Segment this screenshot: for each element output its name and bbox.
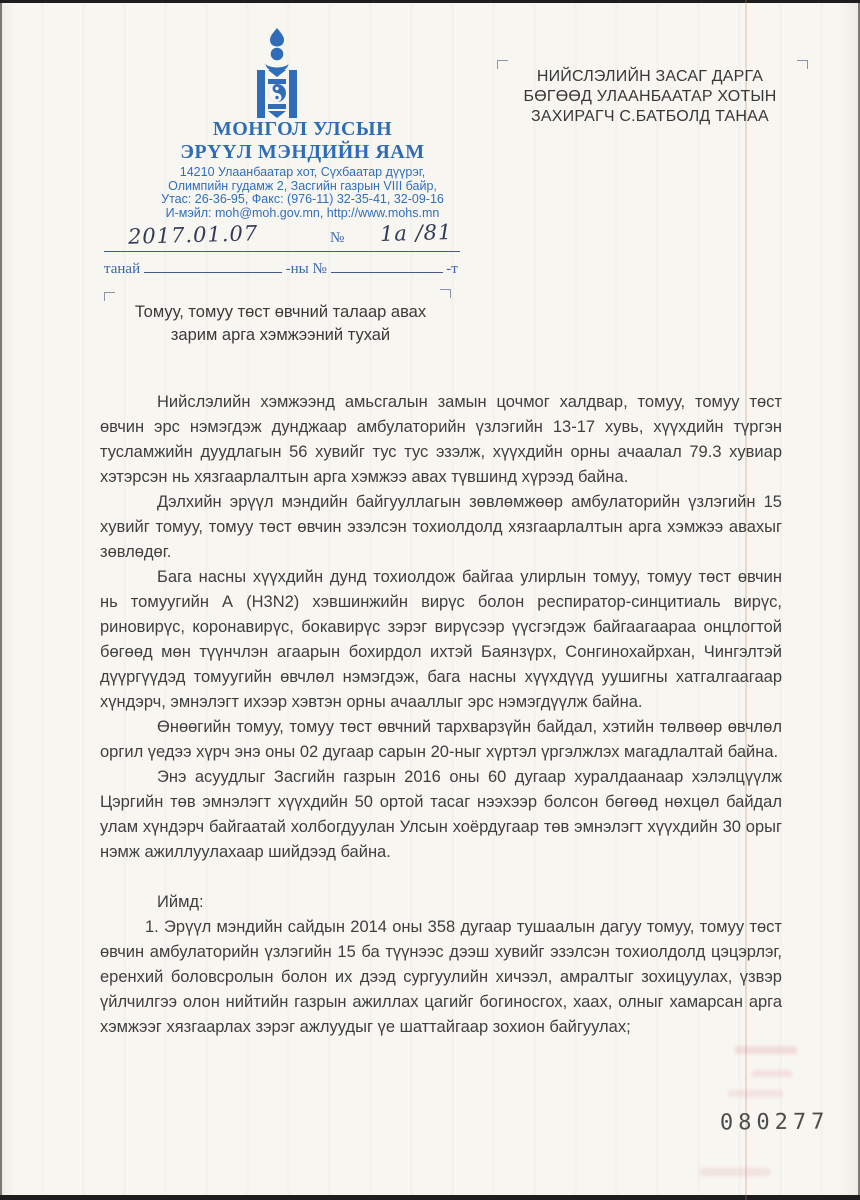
corner-bracket-icon: [104, 292, 115, 301]
scan-smudge: [735, 1046, 797, 1054]
letter-body: Нийслэлийн хэмжээнд амьсгалын замын цочм…: [100, 390, 782, 1040]
paragraph-therefore: Иймд:: [100, 890, 782, 915]
recipient-line1: НИЙСЛЭЛИЙН ЗАСАГ ДАРГА: [494, 67, 806, 87]
paragraph: Бага насны хүүхдийн дунд тохиолдож байга…: [100, 565, 782, 715]
number-symbol: №: [330, 230, 344, 247]
org-address-line4: И-мэйл: moh@moh.gov.mn, http://www.mohs.…: [95, 207, 510, 221]
handwritten-date: 2017.01.07: [128, 221, 259, 248]
paragraph: Өнөөгийн томуу, томуу төст өвчний тархва…: [100, 715, 782, 765]
scanned-letter-page: МОНГОЛ УЛСЫН ЭРҮҮЛ МЭНДИЙН ЯАМ 14210 Ула…: [0, 0, 860, 1200]
scan-edge-bottom: [0, 1195, 860, 1200]
org-address-line1: 14210 Улаанбаатар хот, Сүхбаатар дүүрэг,: [95, 166, 510, 180]
your-ref-tail: -т: [446, 261, 458, 277]
org-name: МОНГОЛ УЛСЫН ЭРҮҮЛ МЭНДИЙН ЯАМ: [120, 118, 485, 164]
scan-edge-left: [0, 0, 2, 1200]
soyombo-emblem-icon: [253, 28, 301, 120]
your-reference-row: танай -ны № -т: [104, 258, 460, 278]
scan-smudge: [700, 1168, 770, 1176]
recipient-line2: БӨГӨӨД УЛААНБААТАР ХОТЫН: [494, 87, 806, 107]
org-name-line1: МОНГОЛ УЛСЫН: [120, 118, 485, 141]
recipient-block: НИЙСЛЭЛИЙН ЗАСАГ ДАРГА БӨГӨӨД УЛААНБААТА…: [494, 67, 806, 127]
your-ref-blank-1: [144, 258, 282, 273]
subject-line1: Томуу, томуу төст өвчний талаар авах: [108, 301, 453, 324]
paragraph: Нийслэлийн хэмжээнд амьсгалын замын цочм…: [100, 390, 782, 490]
paragraph: Дэлхийн эрүүл мэндийн байгууллагын зөвлө…: [100, 490, 782, 565]
your-ref-blank-2: [331, 258, 443, 273]
reference-date-row: 2017.01.07 № 1а /81: [104, 221, 460, 252]
reference-block: 2017.01.07 № 1а /81 танай -ны № -т: [104, 221, 460, 278]
your-ref-mid: -ны №: [286, 261, 327, 277]
your-ref-label: танай: [104, 261, 140, 277]
paragraph: Энэ асуудлыг Засгийн газрын 2016 оны 60 …: [100, 765, 782, 865]
handwritten-ref-number: 1а /81: [380, 220, 453, 246]
org-address: 14210 Улаанбаатар хот, Сүхбаатар дүүрэг,…: [95, 166, 510, 220]
paragraph-item-1: 1. Эрүүл мэндийн сайдын 2014 оны 358 дуг…: [100, 915, 782, 1040]
org-address-line3: Утас: 26-36-95, Факс: (976-11) 32-35-41,…: [95, 193, 510, 207]
scan-smudge: [728, 1090, 783, 1097]
subject-line2: зарим арга хэмжээний тухай: [108, 324, 453, 347]
scan-smudge: [752, 1070, 792, 1077]
scan-edge-top: [0, 0, 860, 3]
recipient-line3: ЗАХИРАГЧ С.БАТБОЛД ТАНАА: [494, 107, 806, 127]
org-name-line2: ЭРҮҮЛ МЭНДИЙН ЯАМ: [120, 141, 485, 164]
subject-block: Томуу, томуу төст өвчний талаар авах зар…: [108, 301, 453, 347]
document-stamp-number: 080277: [720, 1110, 830, 1136]
org-address-line2: Олимпийн гудамж 2, Засгийн газрын VIII б…: [95, 180, 510, 194]
corner-bracket-icon: [440, 289, 451, 298]
